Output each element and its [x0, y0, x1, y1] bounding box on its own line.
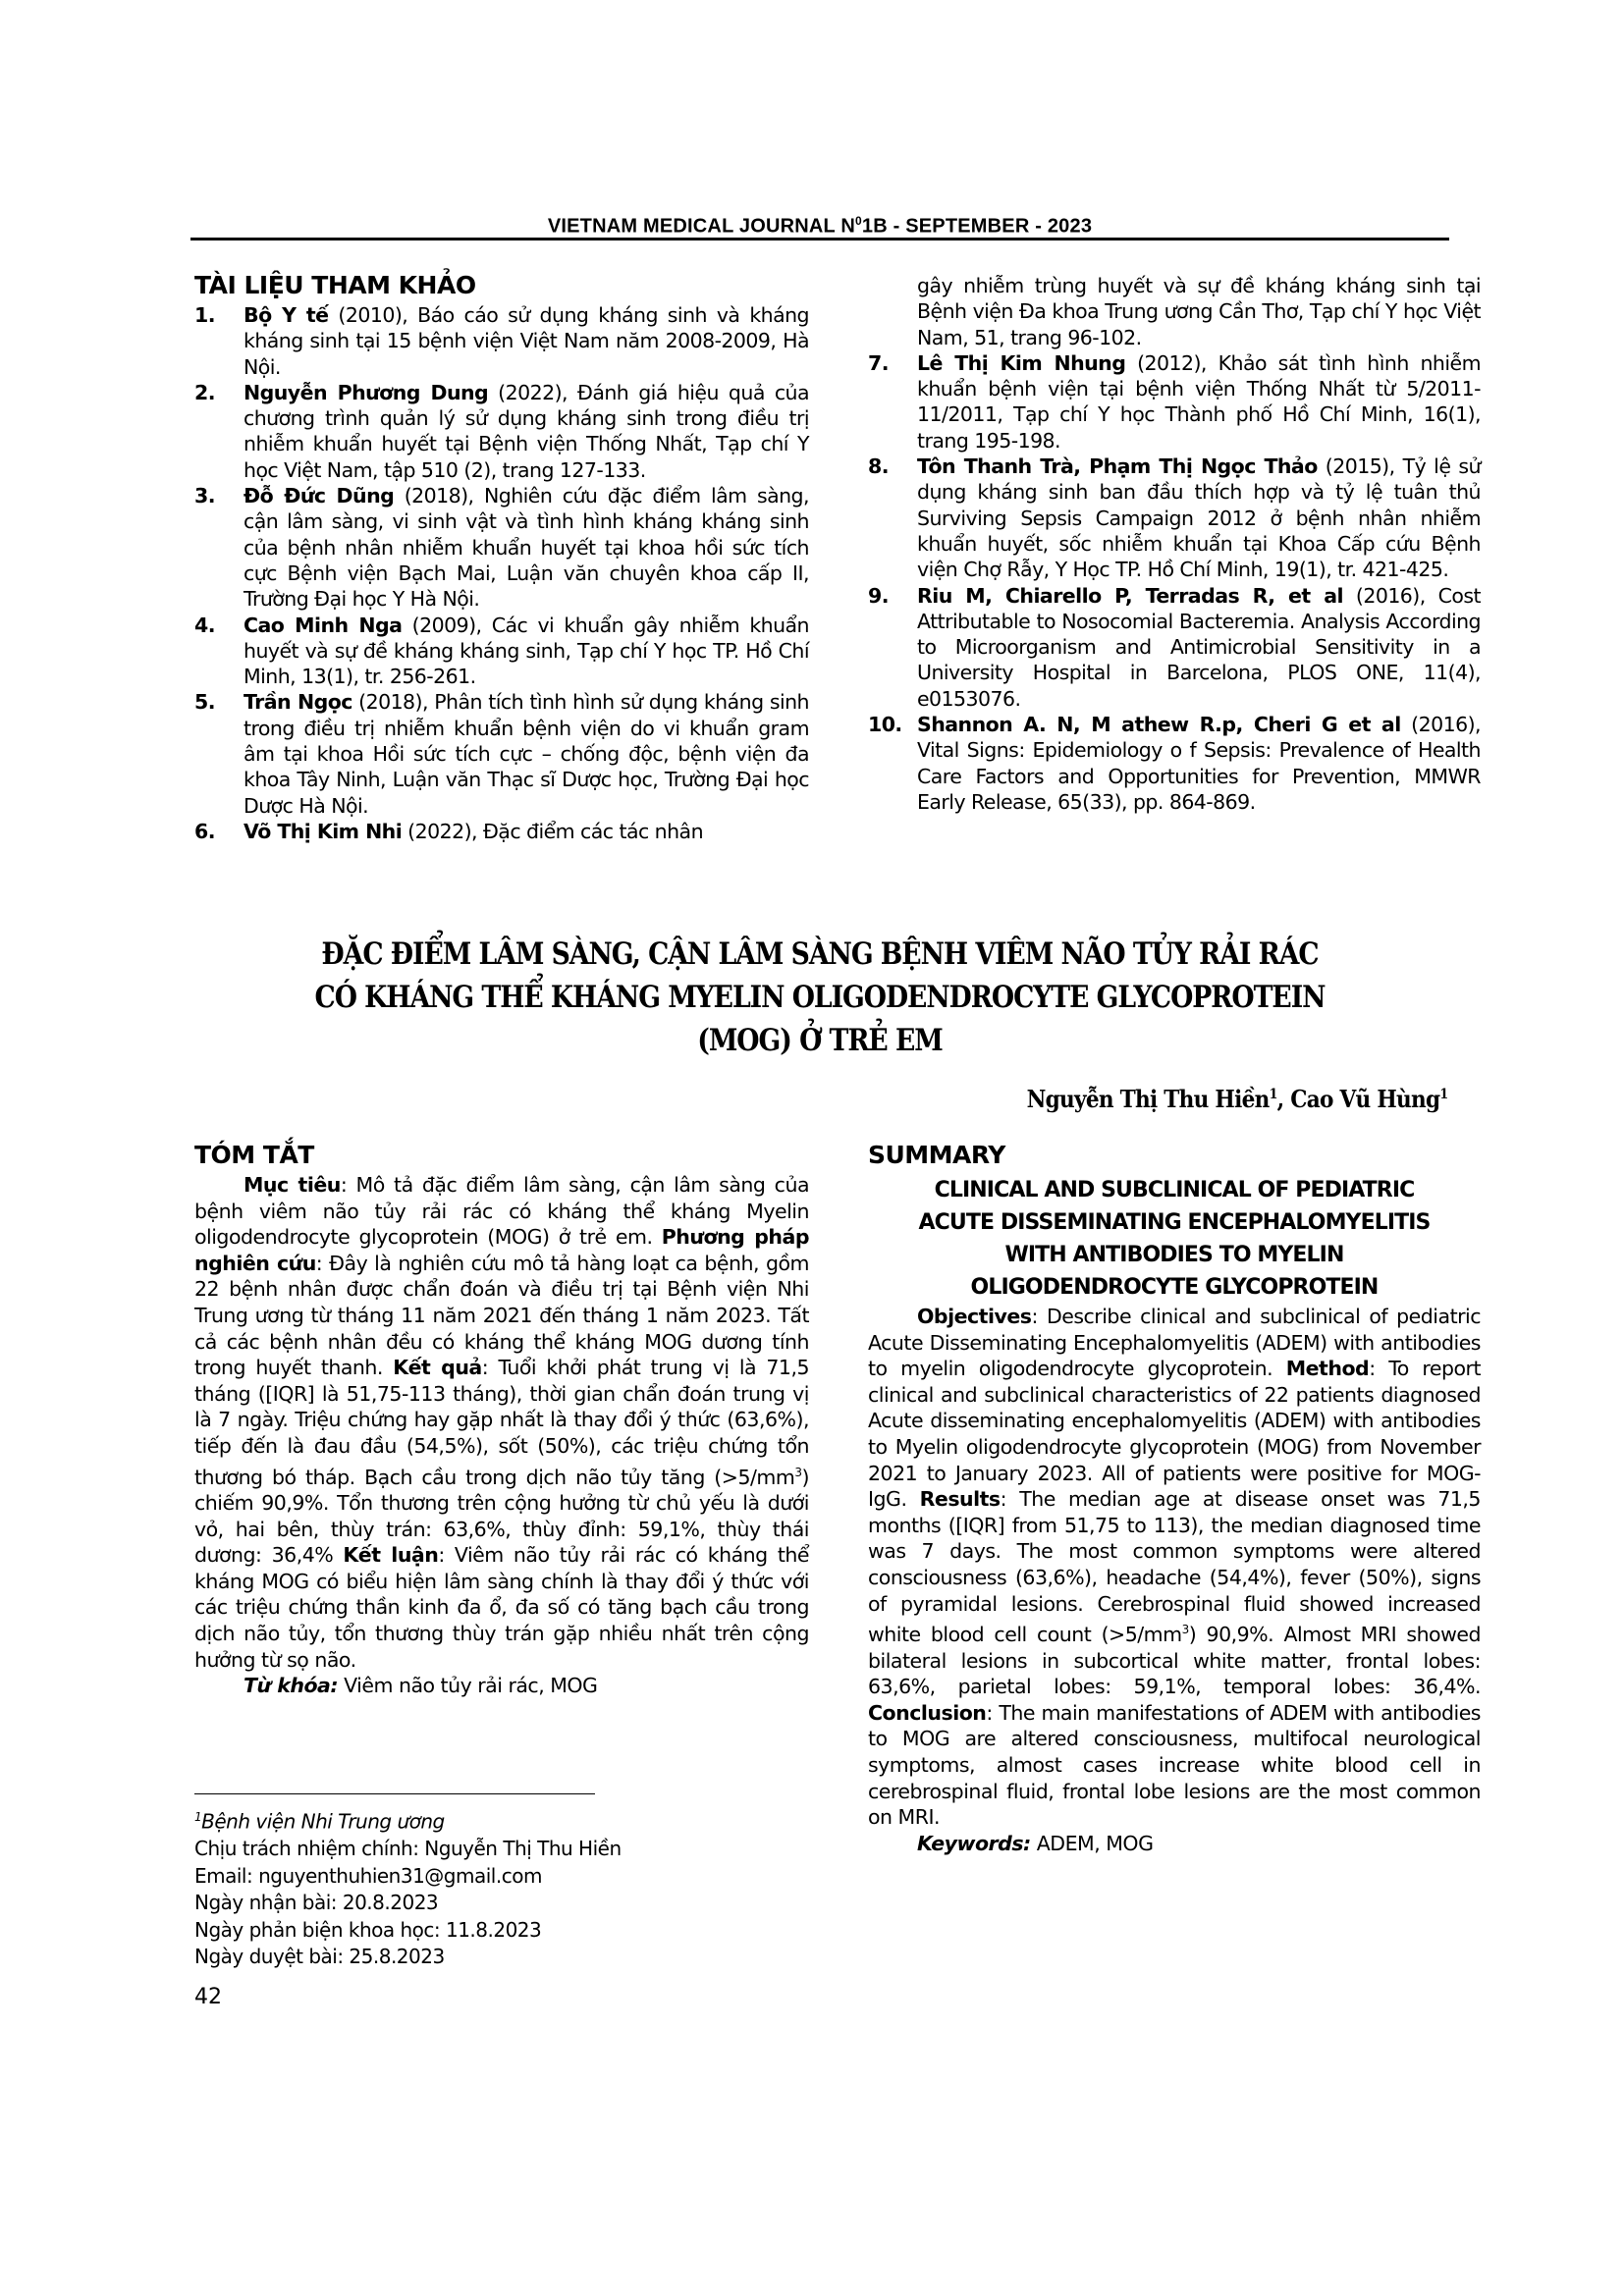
reference-item: 3.Đỗ Đức Dũng (2018), Nghiên cứu đặc điể…	[194, 483, 809, 612]
reference-item: 7.Lê Thị Kim Nhung (2012), Khảo sát tình…	[868, 350, 1481, 454]
author-list: Nguyễn Thị Thu Hiền1, Cao Vũ Hùng1	[1026, 1085, 1447, 1113]
running-header: VIETNAM MEDICAL JOURNAL N01B - SEPTEMBER…	[190, 214, 1449, 239]
accepted-date: Ngày duyệt bài: 25.8.2023	[194, 1944, 809, 1971]
journal-page: VIETNAM MEDICAL JOURNAL N01B - SEPTEMBER…	[0, 0, 1624, 2296]
references-heading: TÀI LIỆU THAM KHẢO	[194, 271, 809, 300]
reference-item: 10.Shannon A. N, M athew R.p, Cheri G et…	[868, 712, 1481, 815]
reference-list: 1.Bộ Y tế (2010), Báo cáo sử dụng kháng …	[194, 302, 809, 844]
title-line: (MOG) Ở TRẺ EM	[279, 1019, 1362, 1062]
references-right-column: gây nhiễm trùng huyết và sự đề kháng khá…	[868, 273, 1481, 815]
header-rule	[190, 238, 1449, 240]
reference-item: 8.Tôn Thanh Trà, Phạm Thị Ngọc Thảo (201…	[868, 454, 1481, 582]
review-date: Ngày phản biện khoa học: 11.8.2023	[194, 1917, 809, 1945]
author-name: Cao Vũ Hùng	[1290, 1085, 1439, 1113]
reference-item: 2.Nguyễn Phương Dung (2022), Đánh giá hi…	[194, 380, 809, 483]
reference-item: 1.Bộ Y tế (2010), Báo cáo sử dụng kháng …	[194, 302, 809, 380]
affiliation-sup: 1	[1269, 1087, 1276, 1102]
references-left-column: TÀI LIỆU THAM KHẢO 1.Bộ Y tế (2010), Báo…	[194, 271, 809, 844]
journal-name: VIETNAM MEDICAL JOURNAL N	[548, 216, 855, 238]
abstract-english: SUMMARY CLINICAL AND SUBCLINICAL OF PEDI…	[868, 1141, 1481, 1856]
footnote-rule	[194, 1793, 595, 1794]
affiliation: 1Bệnh viện Nhi Trung ương	[194, 1804, 809, 1836]
article-title: ĐẶC ĐIỂM LÂM SÀNG, CẬN LÂM SÀNG BỆNH VIÊ…	[279, 933, 1362, 1062]
issue-date: 1B - SEPTEMBER - 2023	[862, 216, 1092, 238]
reference-item: 4.Cao Minh Nga (2009), Các vi khuẩn gây …	[194, 613, 809, 690]
author-name: Nguyễn Thị Thu Hiền	[1026, 1085, 1269, 1113]
keywords-en: Keywords: ADEM, MOG	[868, 1831, 1481, 1857]
received-date: Ngày nhận bài: 20.8.2023	[194, 1890, 809, 1917]
reference-item: 6.Võ Thị Kim Nhi (2022), Đặc điểm các tá…	[194, 819, 809, 844]
reference-item-continuation: gây nhiễm trùng huyết và sự đề kháng khá…	[868, 273, 1481, 350]
abstract-heading-en: SUMMARY	[868, 1141, 1481, 1170]
corresponding-author: Chịu trách nhiệm chính: Nguyễn Thị Thu H…	[194, 1836, 809, 1863]
abstract-heading-vi: TÓM TẮT	[194, 1141, 809, 1170]
reference-item: 5.Trần Ngọc (2018), Phân tích tình hình …	[194, 689, 809, 818]
summary-title: CLINICAL AND SUBCLINICAL OF PEDIATRIC AC…	[868, 1174, 1481, 1304]
issue-number-sup: 0	[855, 214, 862, 228]
page-number: 42	[194, 1985, 222, 2009]
abstract-body-vi: Mục tiêu: Mô tả đặc điểm lâm sàng, cận l…	[194, 1172, 809, 1673]
keywords-vi: Từ khóa: Viêm não tủy rải rác, MOG	[194, 1673, 809, 1699]
abstract-body-en: Objectives: Describe clinical and subcli…	[868, 1304, 1481, 1831]
email: Email: nguyenthuhien31@gmail.com	[194, 1863, 809, 1891]
affiliation-sup: 1	[1439, 1087, 1447, 1102]
reference-list-continued: gây nhiễm trùng huyết và sự đề kháng khá…	[868, 273, 1481, 815]
title-line: ĐẶC ĐIỂM LÂM SÀNG, CẬN LÂM SÀNG BỆNH VIÊ…	[279, 933, 1362, 976]
reference-item: 9.Riu M, Chiarello P, Terradas R, et al …	[868, 583, 1481, 712]
abstract-vietnamese: TÓM TẮT Mục tiêu: Mô tả đặc điểm lâm sàn…	[194, 1141, 809, 1699]
footnotes: 1Bệnh viện Nhi Trung ương Chịu trách nhi…	[194, 1804, 809, 1971]
title-line: CÓ KHÁNG THỂ KHÁNG MYELIN OLIGODENDROCYT…	[279, 976, 1362, 1019]
